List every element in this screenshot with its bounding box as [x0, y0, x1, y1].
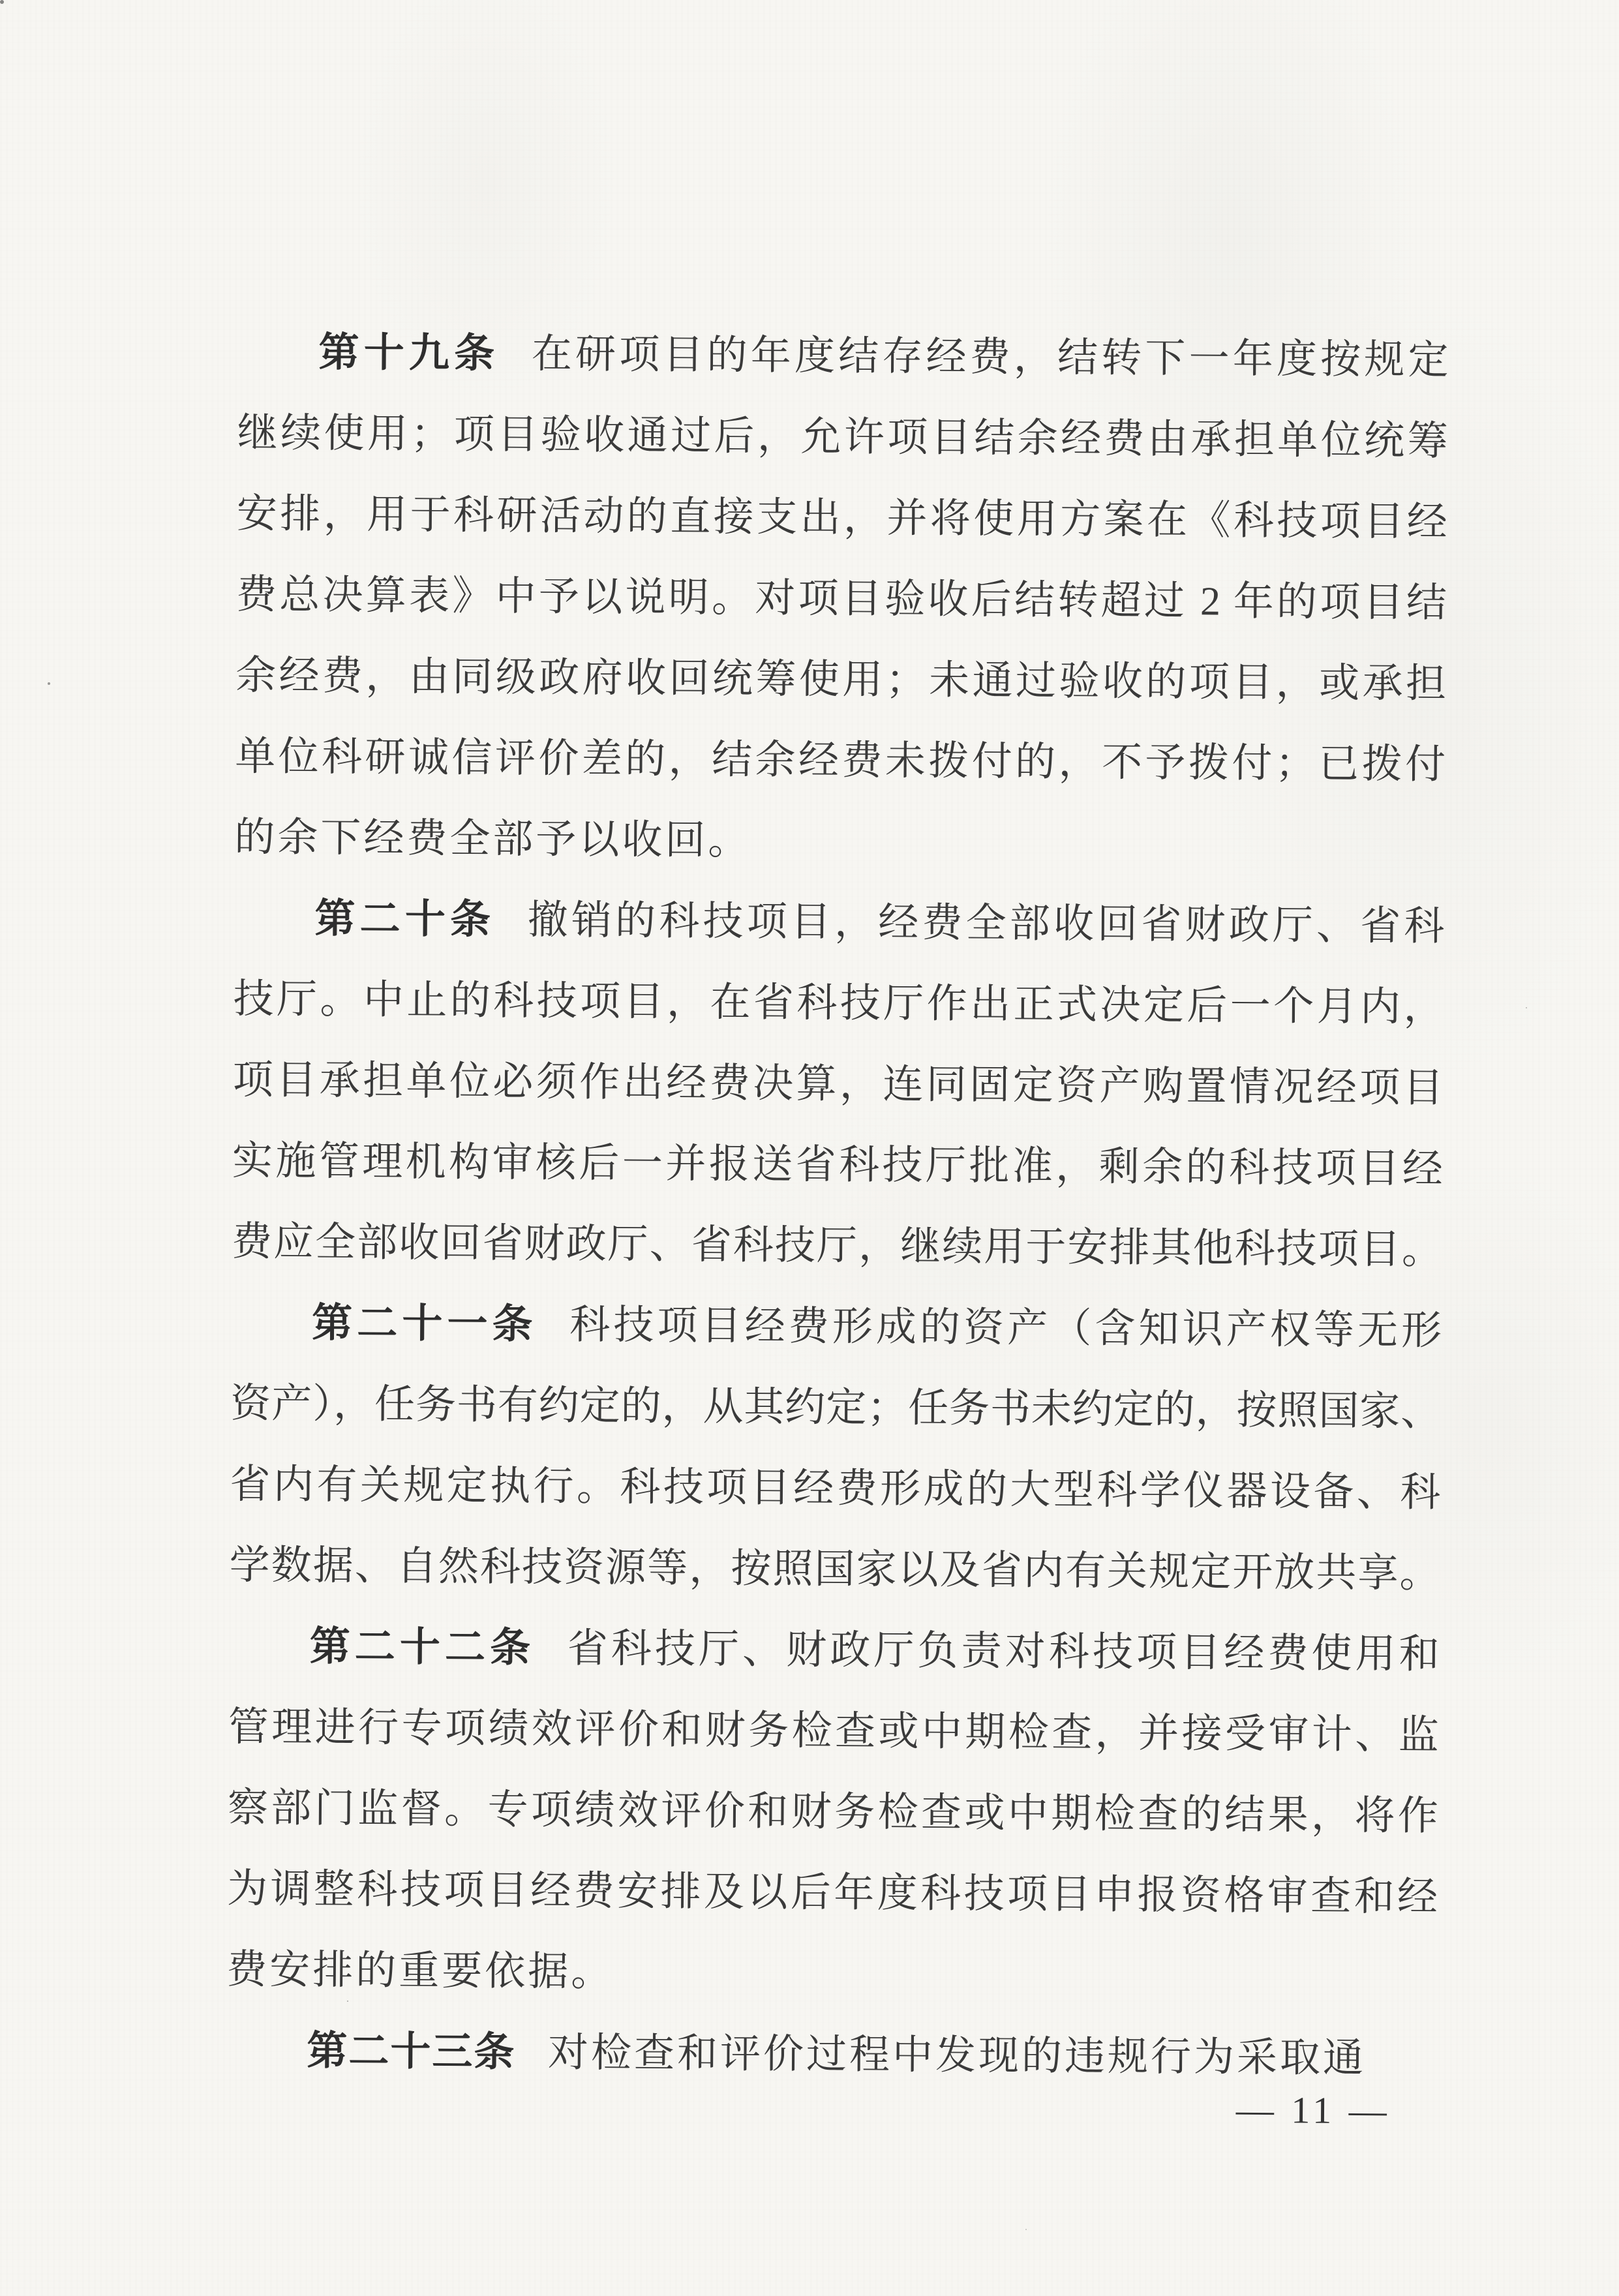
line-text: 技厅。中止的科技项目，在省科技厅作出正式决定后一个月内，: [233, 977, 1444, 1030]
text-line: 学数据、自然科技资源等，按照国家以及省内有关规定开放共享。: [229, 1525, 1440, 1614]
page-number: — 11 —: [1236, 2088, 1391, 2133]
line-text: 察部门监督。专项绩效评价和财务检查或中期检查的结果，将作: [228, 1786, 1438, 1839]
text-line: 第二十三条对检查和评价过程中发现的违规行为采取通: [226, 2010, 1437, 2100]
article-number-heading: 第二十二条: [309, 1625, 535, 1670]
article-number-heading: 第十九条: [318, 331, 499, 376]
line-text: 费安排的重要依据。: [226, 1948, 614, 1995]
line-text: 费总决算表》中予以说明。对项目验收后结转超过 2 年的项目结: [236, 573, 1447, 626]
text-line: 第十九条在研项目的年度结存经费，结转下一年度按规定: [237, 312, 1449, 401]
document-text-block: 第十九条在研项目的年度结存经费，结转下一年度按规定 继续使用；项目验收通过后，允…: [226, 312, 1449, 2100]
scanned-document-page: 第十九条在研项目的年度结存经费，结转下一年度按规定 继续使用；项目验收通过后，允…: [0, 0, 1619, 2296]
text-line: 第二十一条科技项目经费形成的资产（含知识产权等无形: [231, 1282, 1442, 1372]
text-line: 第二十二条省科技厅、财政厅负责对科技项目经费使用和: [228, 1606, 1440, 1695]
text-line: 继续使用；项目验收通过后，允许项目结余经费由承担单位统筹: [237, 393, 1448, 482]
line-text: 项目承担单位必须作出经费决算，连同固定资产购置情况经项目: [233, 1058, 1444, 1111]
text-line: 资产），任务书有约定的，从其约定；任务书未约定的，按照国家、: [230, 1363, 1442, 1453]
line-text: 在研项目的年度结存经费，结转下一年度按规定: [532, 332, 1449, 383]
text-line: 为调整科技项目经费安排及以后年度科技项目申报资格审查和经: [227, 1849, 1438, 1938]
line-text: 安排，用于科研活动的直接支出，并将使用方案在《科技项目经: [237, 492, 1447, 545]
line-text: 省科技厅、财政厅负责对科技项目经费使用和: [567, 1627, 1440, 1677]
text-line: 第二十条撤销的科技项目，经费全部收回省财政厅、省科: [234, 878, 1445, 967]
line-text: 余经费，由同级政府收回统筹使用；未通过验收的项目，或承担: [235, 654, 1446, 706]
line-text: 实施管理机构审核后一并报送省科技厅批准，剩余的科技项目经: [232, 1139, 1443, 1192]
line-text: 省内有关规定执行。科技项目经费形成的大型科学仪器设备、科: [230, 1462, 1440, 1515]
text-line: 技厅。中止的科技项目，在省科技厅作出正式决定后一个月内，: [233, 959, 1444, 1048]
line-text: 撤销的科技项目，经费全部收回省财政厅、省科: [528, 898, 1445, 949]
text-line: 管理进行专项绩效评价和财务检查或中期检查，并接受审计、监: [228, 1687, 1439, 1776]
article-number-heading: 第二十条: [314, 897, 495, 943]
text-line: 察部门监督。专项绩效评价和财务检查或中期检查的结果，将作: [228, 1768, 1439, 1857]
line-text: 学数据、自然科技资源等，按照国家以及省内有关规定开放共享。: [229, 1543, 1440, 1596]
text-line: 安排，用于科研活动的直接支出，并将使用方案在《科技项目经: [236, 474, 1447, 563]
line-text: 继续使用；项目验收通过后，允许项目结余经费由承担单位统筹: [237, 411, 1447, 464]
line-text: 费应全部收回省财政厅、省科技厅，继续用于安排其他科技项目。: [232, 1220, 1442, 1273]
text-line: 省内有关规定执行。科技项目经费形成的大型科学仪器设备、科: [230, 1444, 1441, 1533]
text-line: 费应全部收回省财政厅、省科技厅，继续用于安排其他科技项目。: [232, 1201, 1443, 1291]
line-text: 管理进行专项绩效评价和财务检查或中期检查，并接受审计、监: [228, 1705, 1439, 1758]
text-line: 的余下经费全部予以收回。: [234, 797, 1445, 886]
line-text: 的余下经费全部予以收回。: [234, 815, 751, 864]
line-text: 资产），任务书有约定的，从其约定；任务书未约定的，按照国家、: [230, 1382, 1441, 1434]
article-number-heading: 第二十一条: [312, 1301, 537, 1347]
text-line: 费总决算表》中予以说明。对项目验收后结转超过 2 年的项目结: [236, 554, 1447, 644]
text-line: 费安排的重要依据。: [226, 1929, 1438, 2019]
text-line: 项目承担单位必须作出经费决算，连同固定资产购置情况经项目: [232, 1040, 1444, 1129]
line-text: 对检查和评价过程中发现的违规行为采取通: [548, 2031, 1366, 2081]
text-line: 单位科研诚信评价差的，结余经费未拨付的，不予拨付；已拨付: [235, 716, 1446, 806]
line-text: 科技项目经费形成的资产（含知识产权等无形: [569, 1303, 1442, 1353]
line-text: 为调整科技项目经费安排及以后年度科技项目申报资格审查和经: [227, 1867, 1438, 1920]
text-line: 实施管理机构审核后一并报送省科技厅批准，剩余的科技项目经: [232, 1121, 1443, 1210]
text-line: 余经费，由同级政府收回统筹使用；未通过验收的项目，或承担: [235, 635, 1447, 725]
line-text: 单位科研诚信评价差的，结余经费未拨付的，不予拨付；已拨付: [235, 734, 1445, 787]
article-number-heading: 第二十三条: [307, 2029, 515, 2075]
